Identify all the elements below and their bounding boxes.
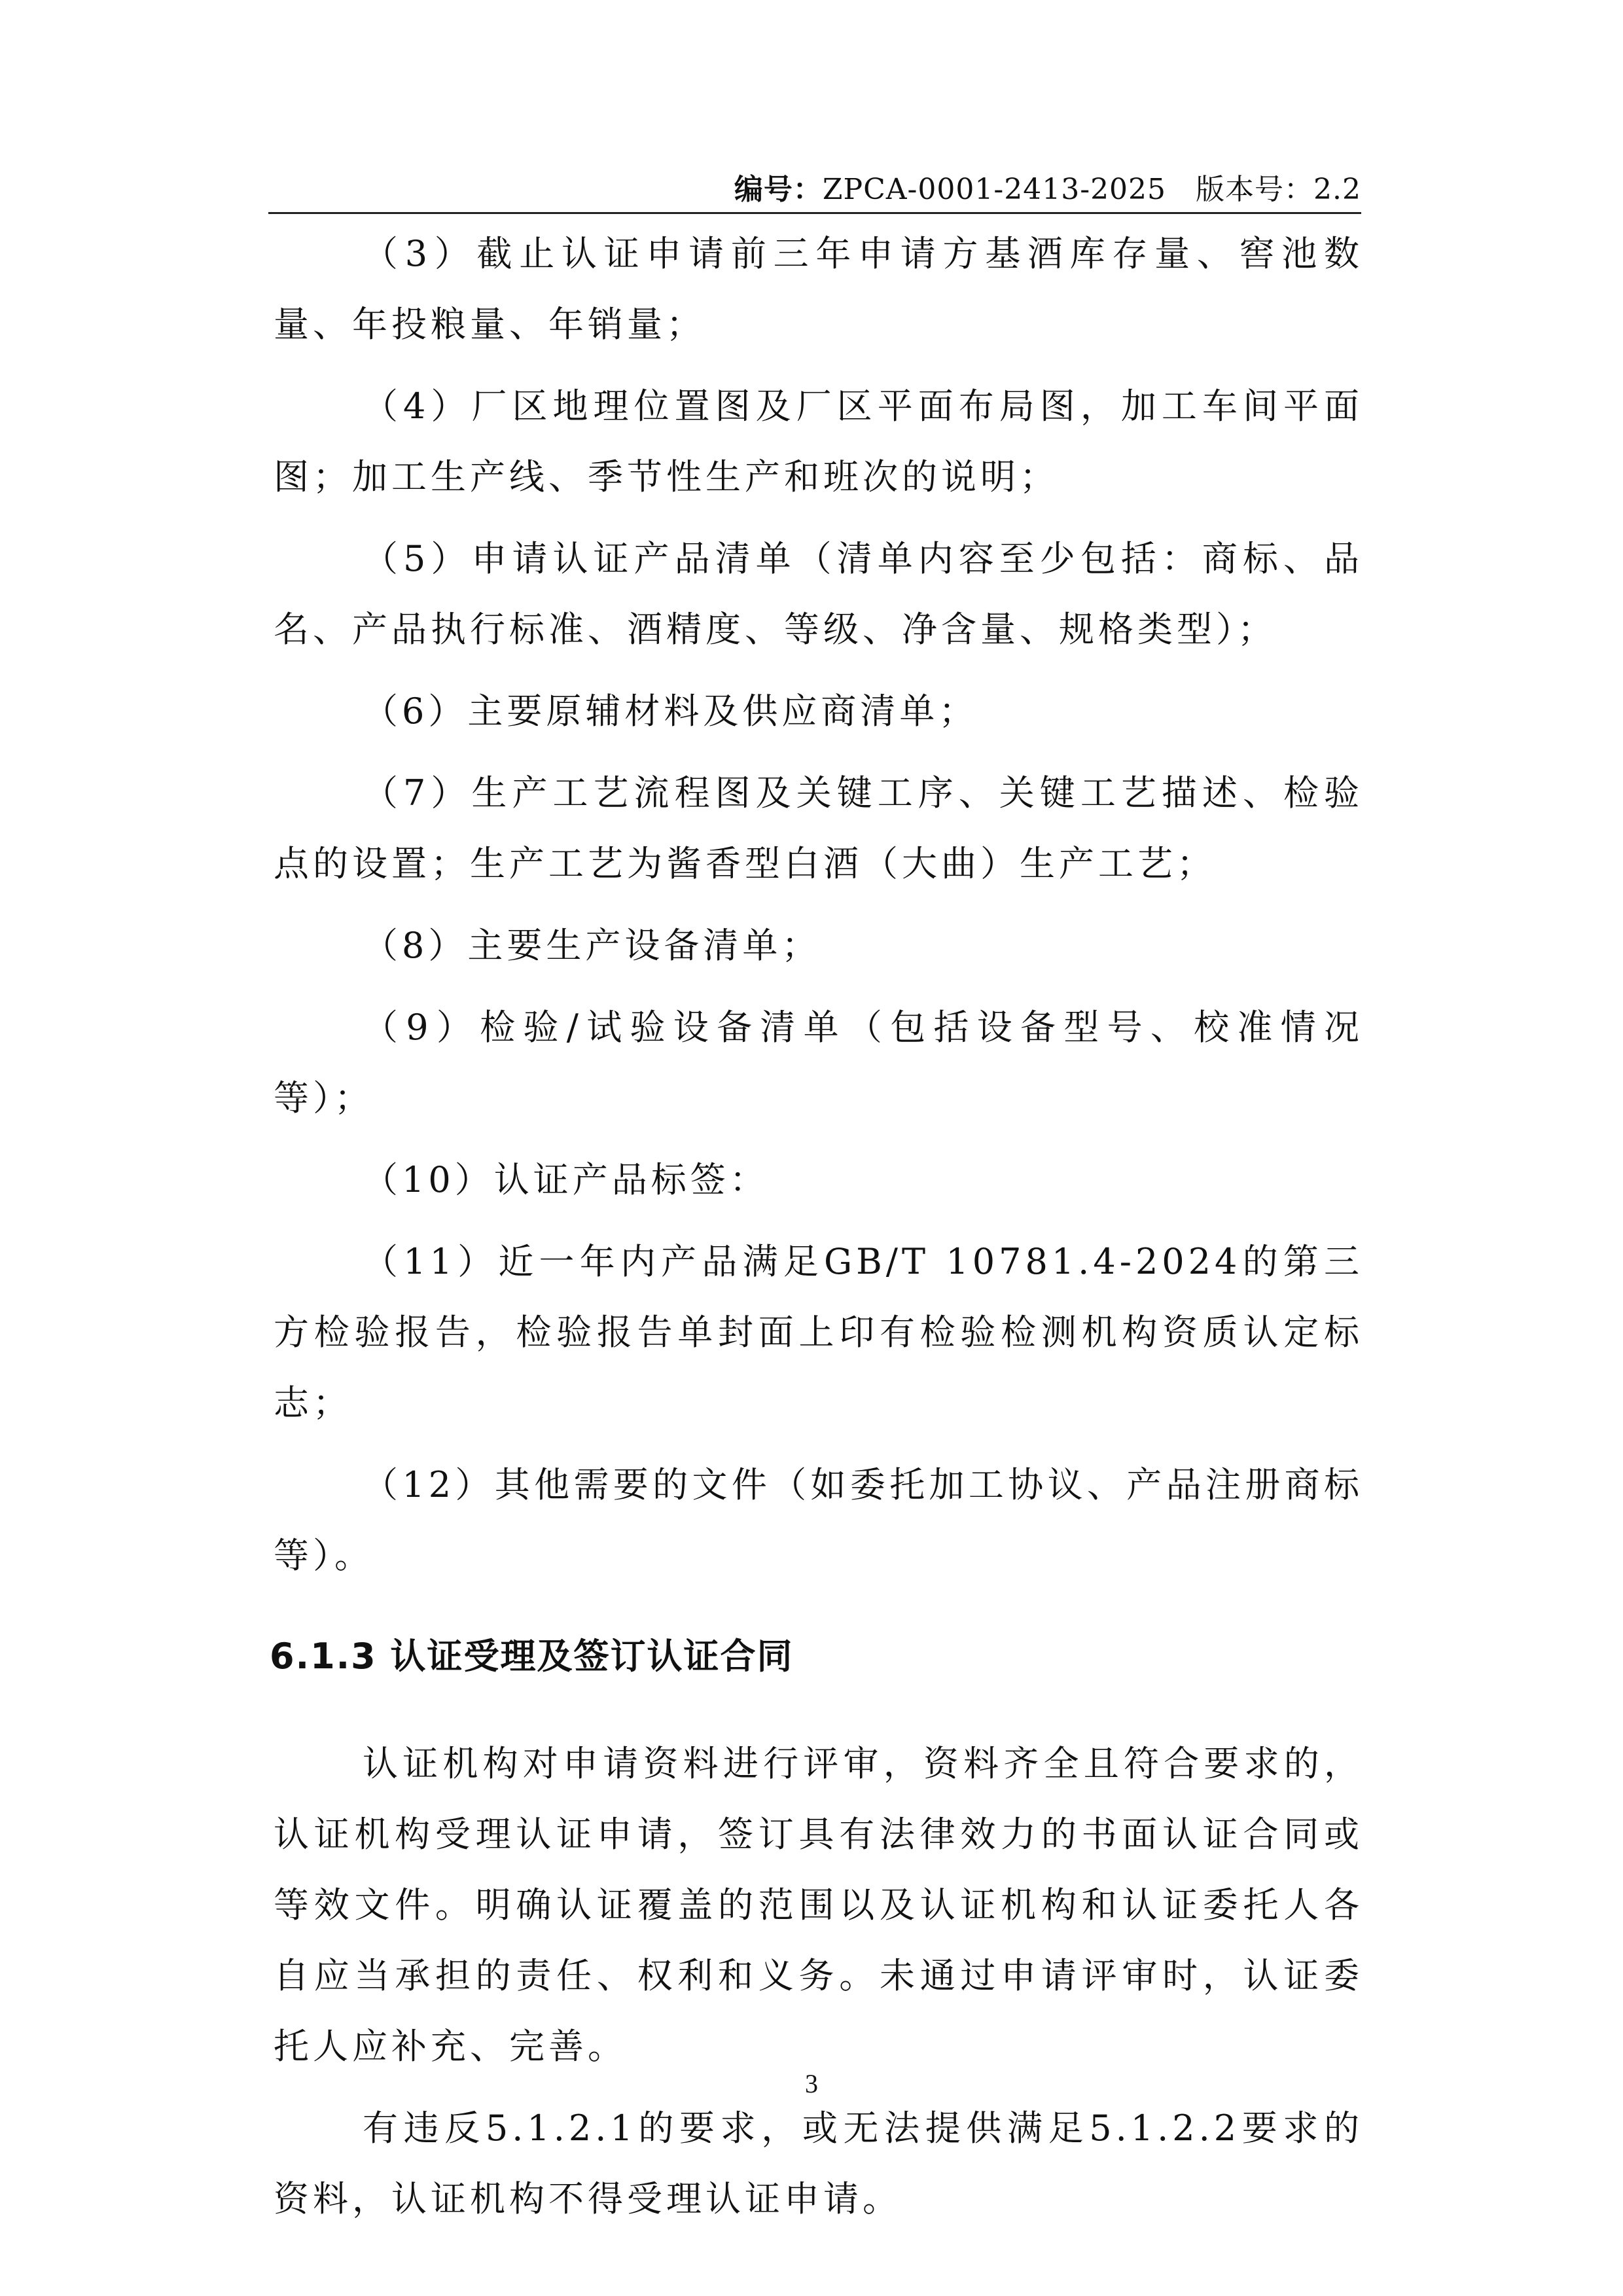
body-paragraph: 有违反5.1.2.1的要求，或无法提供满足5.1.2.2要求的资料，认证机构不得… — [274, 2093, 1363, 2234]
list-item: （12）其他需要的文件（如委托加工协议、产品注册商标等）。 — [274, 1450, 1363, 1591]
list-item: （11）近一年内产品满足GB/T 10781.4-2024的第三方检验报告，检验… — [274, 1227, 1363, 1439]
header-rule — [268, 212, 1361, 214]
section-heading: 6.1.3 认证受理及签订认证合同 — [270, 1624, 1363, 1689]
list-item: （6）主要原辅材料及供应商清单； — [274, 676, 1363, 747]
version-label: 版本号： — [1196, 173, 1313, 206]
body-paragraph: 认证机构对申请资料进行评审，资料齐全且符合要求的，认证机构受理认证申请，签订具有… — [274, 1729, 1363, 2082]
page-number: 3 — [0, 2068, 1623, 2099]
list-item: （7）生产工艺流程图及关键工序、关键工艺描述、检验点的设置；生产工艺为酱香型白酒… — [274, 758, 1363, 899]
document-header: 编号：ZPCA-0001-2413-2025 版本号：2.2 — [268, 171, 1361, 208]
version-number: 2.2 — [1313, 173, 1361, 206]
list-item: （4）厂区地理位置图及厂区平面布局图，加工车间平面图；加工生产线、季节性生产和班… — [274, 371, 1363, 512]
list-item: （8）主要生产设备清单； — [274, 910, 1363, 981]
list-item: （9）检验/试验设备清单（包括设备型号、校准情况等）； — [274, 992, 1363, 1134]
doc-number: ZPCA-0001-2413-2025 — [823, 173, 1166, 206]
doc-number-label: 编号： — [734, 173, 823, 206]
list-item: （5）申请认证产品清单（清单内容至少包括：商标、品名、产品执行标准、酒精度、等级… — [274, 524, 1363, 665]
list-item: （10）认证产品标签： — [274, 1145, 1363, 1215]
list-item: （3）截止认证申请前三年申请方基酒库存量、窖池数量、年投粮量、年销量； — [274, 219, 1363, 360]
document-body: （3）截止认证申请前三年申请方基酒库存量、窖池数量、年投粮量、年销量； （4）厂… — [274, 219, 1363, 2246]
